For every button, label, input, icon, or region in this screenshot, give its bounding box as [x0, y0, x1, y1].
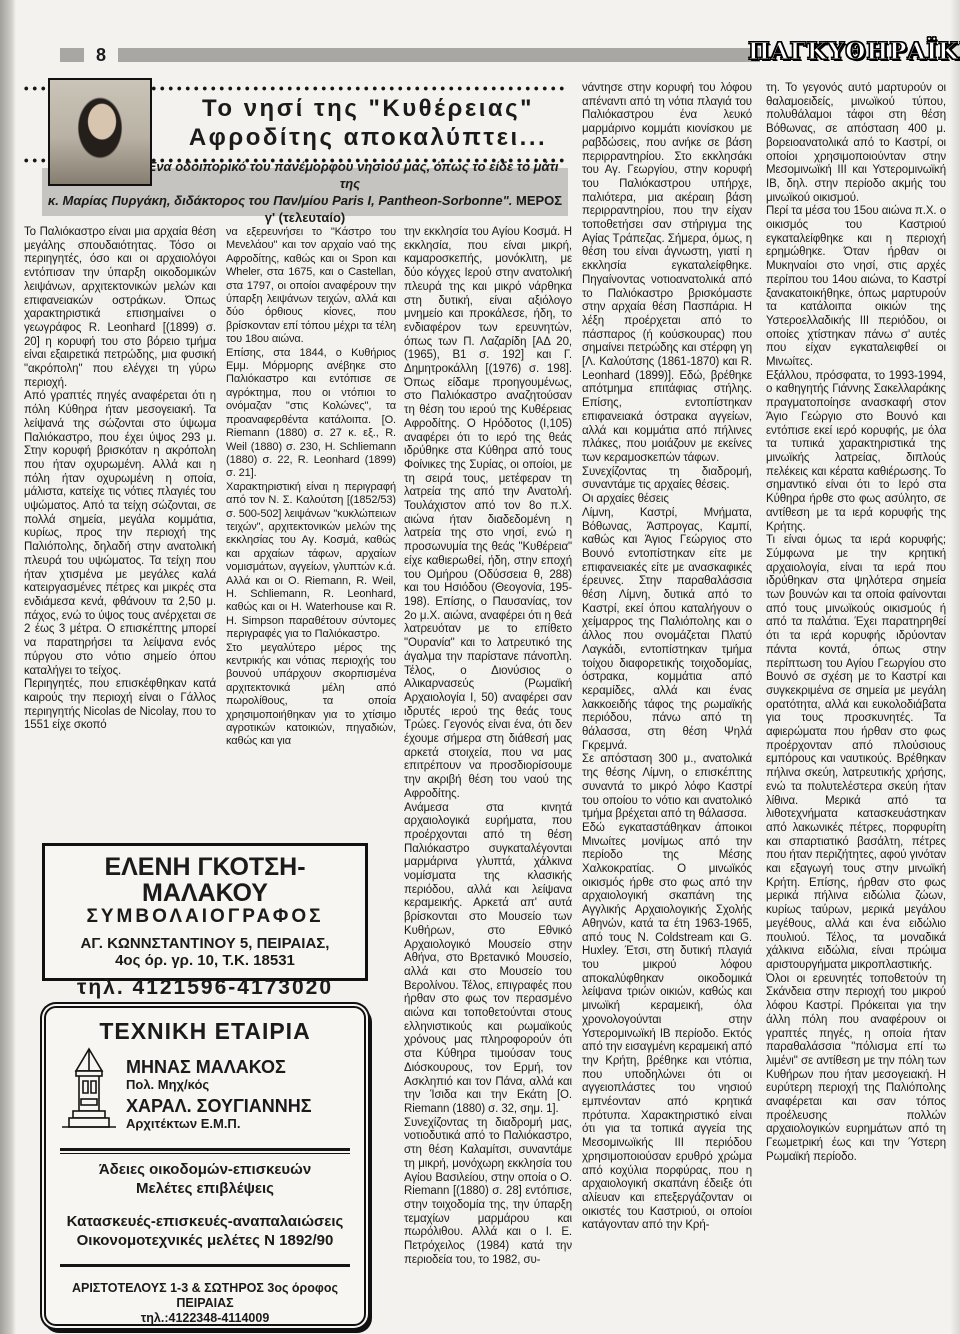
technical-names-row: ΜΗΝΑΣ ΜΑΛΑΚΟΣ Πολ. Μηχ/κός ΧΑΡΑΛ. ΣΟΥΓΙΑ… — [60, 1047, 350, 1144]
top-rule-bar — [60, 48, 760, 62]
notary-address-line2: 4ος όρ. γρ. 10, Τ.Κ. 18531 — [45, 952, 365, 969]
tower-icon — [60, 1047, 118, 1144]
author-photo — [48, 78, 152, 186]
construction-line2: Οικονομοτεχνικές μελέτες Ν 1892/90 — [60, 1231, 350, 1250]
engineer-role: Πολ. Μηχ/κός — [126, 1077, 350, 1093]
technical-company-title: ΤΕΧΝΙΚΗ ΕΤΑΙΡΙΑ — [60, 1018, 350, 1045]
divider-line — [60, 1148, 350, 1154]
technical-address: ΑΡΙΣΤΟΤΕΛΟΥΣ 1-3 & ΣΩΤΗΡΟΣ 3ος όροφος ΠΕ… — [60, 1281, 350, 1311]
divider-line-2 — [60, 1264, 350, 1269]
notary-address-line1: ΑΓ. ΚΩΝΝΣΤΑΝΤΙΝΟΥ 5, ΠΕΙΡΑΙΑΣ, — [45, 935, 365, 952]
engineer-name: ΜΗΝΑΣ ΜΑΛΑΚΟΣ — [126, 1057, 350, 1077]
architect-name: ΧΑΡΑΛ. ΣΟΥΓΙΑΝΝΗΣ — [126, 1096, 350, 1116]
article-title-line2: Αφροδίτης αποκαλύπτει... — [168, 123, 568, 152]
article-header: Το νησί της "Κυθέρειας" Αφροδίτης αποκαλ… — [20, 76, 568, 218]
article-column-2: να εξερευνήσει το "Κάστρο του Μενελάου" … — [226, 226, 396, 838]
subtitle-credit: κ. Μαρίας Πυργάκη, διδάκτορος του Παν/μί… — [48, 193, 512, 208]
services-line1: Άδειες οικοδομών-επισκευών — [60, 1160, 350, 1179]
notary-role: ΣΥΜΒΟΛΑΙΟΓΡΑΦΟΣ — [45, 906, 365, 928]
ad-notary: ΕΛΕΝΗ ΓΚΟΤΣΗ-ΜΑΛΑΚΟΥ ΣΥΜΒΟΛΑΙΟΓΡΑΦΟΣ ΑΓ.… — [42, 843, 368, 981]
article-title: Το νησί της "Κυθέρειας" Αφροδίτης αποκαλ… — [168, 94, 568, 152]
page-number: 8 — [96, 45, 106, 66]
technical-names: ΜΗΝΑΣ ΜΑΛΑΚΟΣ Πολ. Μηχ/κός ΧΑΡΑΛ. ΣΟΥΓΙΑ… — [118, 1057, 350, 1135]
construction-line1: Κατασκευές-επισκευές-αναπαλαιώσεις — [60, 1212, 350, 1231]
services-line2: Μελέτες επιβλέψεις — [60, 1179, 350, 1198]
page-number-box: 8 — [84, 42, 118, 68]
ad-technical-company: ΤΕΧΝΙΚΗ ΕΤΑΙΡΙΑ — [44, 1006, 366, 1326]
scan-edge-left — [0, 0, 16, 1334]
article-title-line1: Το νησί της "Κυθέρειας" — [168, 94, 568, 123]
article-column-1: Το Παλιόκαστρο είναι μια αρχαία θέση μεγ… — [24, 226, 216, 820]
article-column-4: νάντησε στην κορυφή του λόφου απέναντι α… — [582, 82, 752, 1328]
newspaper-page: 8 ΠΑΓΚΥΘΗΡΑΪΚΗ Το νησί της "Κυθέρειας" Α… — [0, 0, 960, 1334]
article-subtitle-line2: κ. Μαρίας Πυργάκη, διδάκτορος του Παν/μί… — [42, 192, 568, 226]
masthead-logo: ΠΑΓΚΥΘΗΡΑΪΚΗ — [748, 38, 948, 65]
notary-name: ΕΛΕΝΗ ΓΚΟΤΣΗ-ΜΑΛΑΚΟΥ — [45, 854, 365, 906]
notary-phone: τηλ. 4121596-4173020 — [45, 976, 365, 1000]
technical-phone: τηλ.:4122348-4114009 — [60, 1311, 350, 1326]
scan-edge-right — [950, 0, 960, 1334]
article-column-5: τη. Το γεγονός αυτό μαρτυρούν οι θαλαμοε… — [766, 82, 946, 1328]
article-column-3: την εκκλησία του Αγίου Κοσμά. Η εκκλησία… — [404, 226, 572, 1326]
architect-role: Αρχιτέκτων Ε.Μ.Π. — [126, 1116, 350, 1132]
